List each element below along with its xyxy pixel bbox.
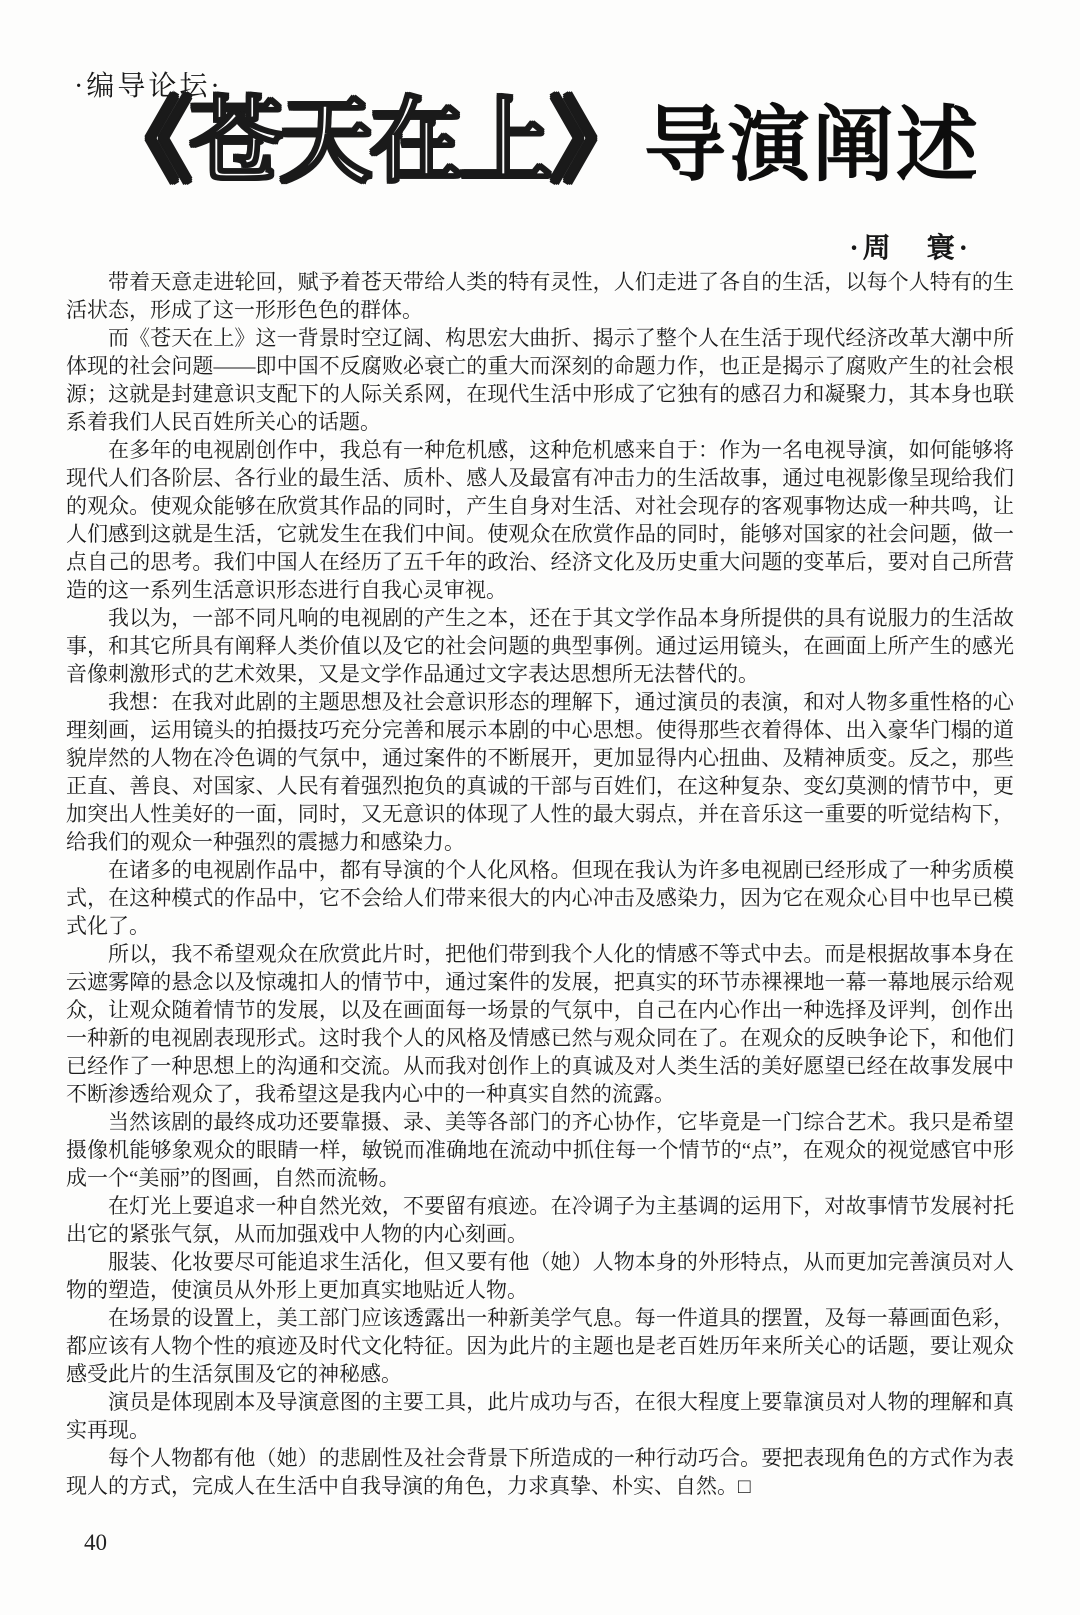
paragraph: 我想：在我对此剧的主题思想及社会意识形态的理解下，通过演员的表演，和对人物多重性… [66, 688, 1014, 856]
paragraph: 服装、化妆要尽可能追求生活化，但又要有他（她）人物本身的外形特点，从而更加完善演… [66, 1248, 1014, 1304]
title-outlined-part: 《苍天在上》 [100, 96, 640, 188]
paragraph: 所以，我不希望观众在欣赏此片时，把他们带到我个人化的情感不等式中去。而是根据故事… [66, 940, 1014, 1108]
paragraph: 当然该剧的最终成功还要靠摄、录、美等各部门的齐心协作，它毕竟是一门综合艺术。我只… [66, 1108, 1014, 1192]
page-number: 40 [84, 1530, 107, 1556]
paragraph: 我以为，一部不同凡响的电视剧的产生之本，还在于其文学作品本身所提供的具有说服力的… [66, 604, 1014, 688]
paragraph: 而《苍天在上》这一背景时空辽阔、构思宏大曲折、揭示了整个人在生活于现代经济改革大… [66, 324, 1014, 436]
paragraph: 在灯光上要追求一种自然光效，不要留有痕迹。在冷调子为主基调的运用下，对故事情节发… [66, 1192, 1014, 1248]
article-body: 带着天意走进轮回，赋予着苍天带给人类的特有灵性，人们走进了各自的生活，以每个人特… [66, 268, 1014, 1500]
magazine-page: ·编导论坛· 《苍天在上》导演阐述 ·周 寰· 带着天意走进轮回，赋予着苍天带给… [0, 0, 1080, 1615]
title-solid-part: 导演阐述 [644, 105, 980, 187]
author-byline: ·周 寰· [849, 226, 972, 266]
paragraph: 在多年的电视剧创作中，我总有一种危机感，这种危机感来自于：作为一名电视导演，如何… [66, 436, 1014, 604]
paragraph: 每个人物都有他（她）的悲剧性及社会背景下所造成的一种行动巧合。要把表现角色的方式… [66, 1444, 1014, 1500]
paragraph: 带着天意走进轮回，赋予着苍天带给人类的特有灵性，人们走进了各自的生活，以每个人特… [66, 268, 1014, 324]
article-title: 《苍天在上》导演阐述 [0, 96, 1080, 188]
paragraph: 在诸多的电视剧作品中，都有导演的个人化风格。但现在我认为许多电视剧已经形成了一种… [66, 856, 1014, 940]
paragraph: 在场景的设置上，美工部门应该透露出一种新美学气息。每一件道具的摆置，及每一幕画面… [66, 1304, 1014, 1388]
paragraph: 演员是体现剧本及导演意图的主要工具，此片成功与否，在很大程度上要靠演员对人物的理… [66, 1388, 1014, 1444]
